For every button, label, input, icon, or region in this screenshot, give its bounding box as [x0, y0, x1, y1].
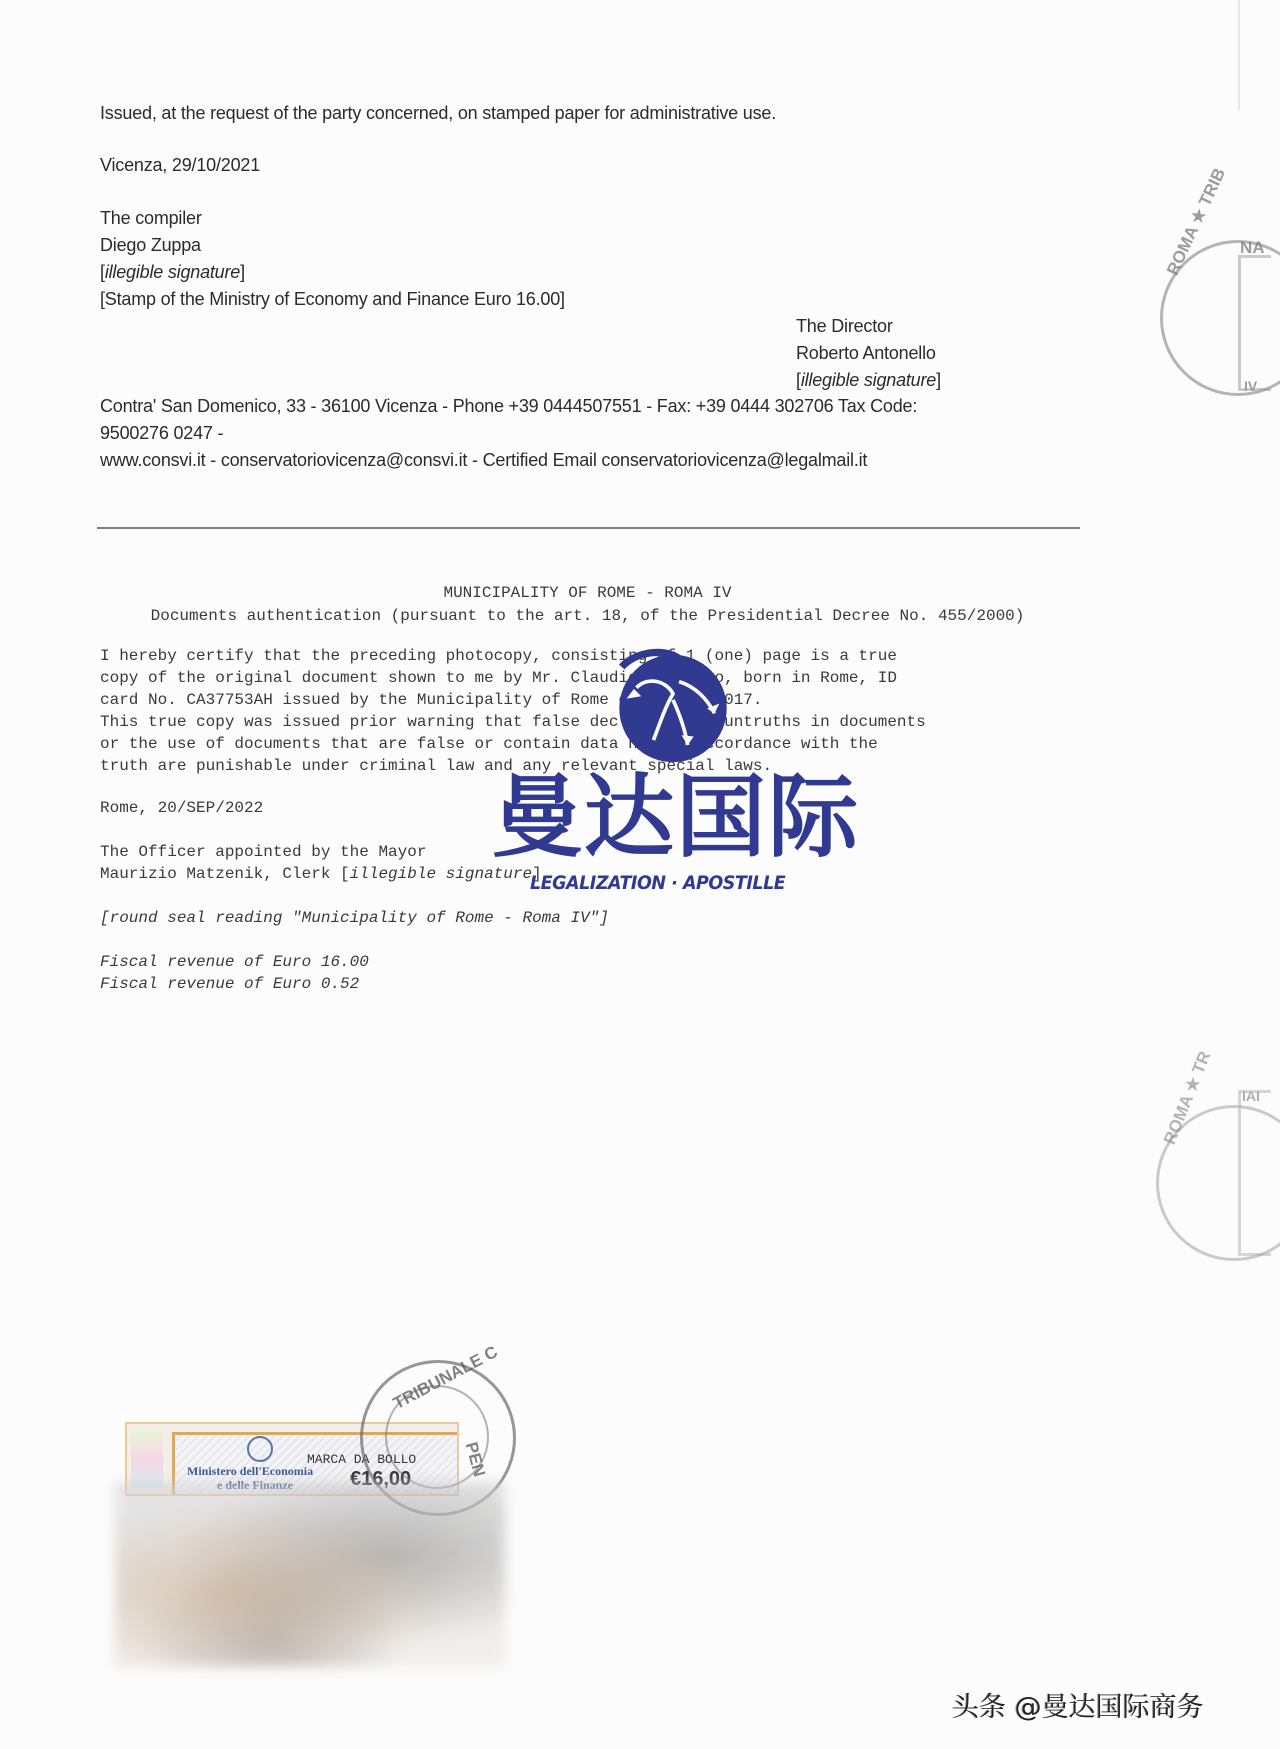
- italian-emblem-icon: [247, 1436, 273, 1462]
- watermark-tagline: LEGALIZATION · APOSTILLE: [530, 872, 785, 894]
- auth-place-date: Rome, 20/SEP/2022: [100, 797, 263, 819]
- fiscal-revenue-2: Fiscal revenue of Euro 0.52: [100, 973, 359, 995]
- auth-body-line: card No. CA37753AH issued by the Municip…: [100, 689, 926, 711]
- page-edge: [1238, 0, 1240, 110]
- bracket: ]: [240, 262, 245, 282]
- revenue-stamp-ministry: Ministero dell'Economia: [187, 1464, 313, 1479]
- officer-title: The Officer appointed by the Mayor: [100, 841, 426, 863]
- officer-name: Maurizio Matzenik, Clerk [: [100, 865, 350, 883]
- compiler-title: The compiler: [100, 205, 202, 232]
- address-line-1: Contra' San Domenico, 33 - 36100 Vicenza…: [100, 393, 917, 420]
- signature-text: illegible signature: [801, 370, 936, 390]
- source-credit: 头条 @曼达国际商务: [952, 1685, 1204, 1724]
- officer-signature-line: Maurizio Matzenik, Clerk [illegible sign…: [100, 863, 542, 885]
- redacted-area: [115, 1482, 505, 1667]
- auth-body: I hereby certify that the preceding phot…: [100, 645, 926, 777]
- address-line-3: www.consvi.it - conservatoriovicenza@con…: [100, 447, 867, 474]
- section-divider: [97, 527, 1080, 529]
- letter-place-date: Vicenza, 29/10/2021: [100, 152, 260, 179]
- compiler-signature: [illegible signature]: [100, 259, 245, 286]
- auth-body-line: or the use of documents that are false o…: [100, 733, 926, 755]
- auth-body-line: copy of the original document shown to m…: [100, 667, 926, 689]
- address-line-2: 9500276 0247 -: [100, 420, 223, 447]
- bracket: ]: [936, 370, 941, 390]
- globe-icon: [612, 645, 734, 767]
- tribunal-seal-mid-frame: [1238, 1090, 1271, 1256]
- signature-text: illegible signature: [105, 262, 240, 282]
- auth-subheading: Documents authentication (pursuant to th…: [0, 605, 1175, 627]
- director-title: The Director: [796, 313, 893, 340]
- seal-note: [round seal reading "Municipality of Rom…: [100, 907, 609, 929]
- issued-line: Issued, at the request of the party conc…: [100, 100, 776, 127]
- hologram: [131, 1430, 163, 1488]
- auth-body-line: I hereby certify that the preceding phot…: [100, 645, 926, 667]
- director-signature: [illegible signature]: [796, 367, 941, 394]
- auth-heading: MUNICIPALITY OF ROME - ROMA IV: [0, 582, 1175, 604]
- compiler-name: Diego Zuppa: [100, 232, 201, 259]
- tribunal-seal-top-frame: [1238, 255, 1271, 391]
- fiscal-revenue-1: Fiscal revenue of Euro 16.00: [100, 951, 369, 973]
- director-name: Roberto Antonello: [796, 340, 936, 367]
- watermark-brand: 曼达国际: [492, 768, 860, 868]
- auth-body-line: This true copy was issued prior warning …: [100, 711, 926, 733]
- stamp-note: [Stamp of the Ministry of Economy and Fi…: [100, 286, 565, 313]
